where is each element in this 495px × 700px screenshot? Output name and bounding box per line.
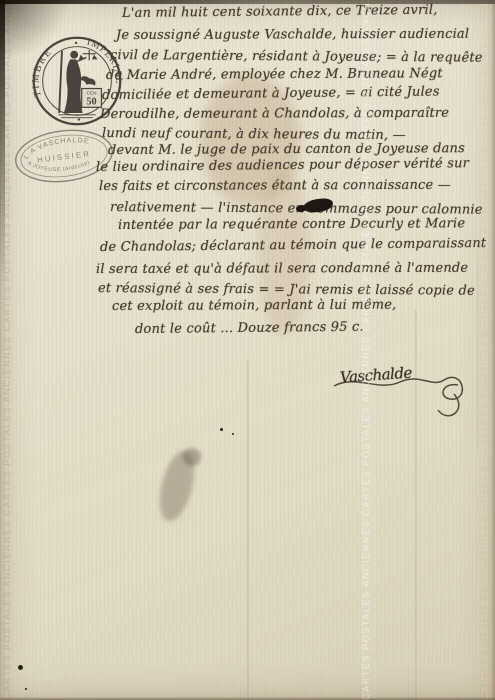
smudge-stain-head <box>183 448 201 466</box>
scan-corner-shadow <box>0 0 70 60</box>
manuscript-line: cet exploit au témoin, parlant à lui mêm… <box>112 298 397 314</box>
ink-speck <box>18 665 23 670</box>
manuscript-line: le lieu ordinaire des audiences pour dép… <box>96 156 469 175</box>
manuscript-line: Je soussigné Auguste Vaschalde, huissier… <box>116 27 469 43</box>
stamp-dot-bottom <box>78 118 80 120</box>
stamp-value-50: 50 <box>86 97 96 108</box>
manuscript-line: et réassigné à ses frais = = J'ai remis … <box>98 281 475 299</box>
manuscript-line: de Chandolas; déclarant au témoin que le… <box>100 236 486 255</box>
manuscript-line: les faits et circonstances étant à sa co… <box>99 178 451 194</box>
manuscript-line: intentée par la requérante contre Decurl… <box>118 216 465 233</box>
manuscript-line: dont le coût ... Douze francs 95 c. <box>135 320 364 337</box>
stamp-dot-top <box>75 42 77 44</box>
ink-speck <box>220 428 223 431</box>
signature-flourish <box>326 358 486 428</box>
ink-blot-small <box>296 205 306 212</box>
ink-speck <box>232 433 234 435</box>
manuscript-line: de Marie André, employée chez M. Bruneau… <box>106 66 443 83</box>
scan-edge-right <box>491 0 495 700</box>
watermark-text-center: CARTES POSTALES ANCIENNES CARTES POSTALE… <box>361 0 376 700</box>
fold-crease <box>246 360 249 700</box>
manuscript-line: domiciliée et demeurant à Joyeuse, = ai … <box>102 84 440 103</box>
manuscript-line: il sera taxé et qu'à défaut il sera cond… <box>96 261 468 277</box>
stamp-denomination: CEN 50 <box>82 89 102 108</box>
scan-edge-top <box>0 0 495 4</box>
manuscript-line: L'an mil huit cent soixante dix, ce Trei… <box>122 3 438 21</box>
scanned-document-page: TIMBRE IMPERIAL CEN 50 <box>0 0 495 700</box>
manuscript-line: Deroudilhe, demeurant à Chandolas, à com… <box>100 106 449 122</box>
manuscript-line: civil de Largentière, résidant à Joyeuse… <box>110 48 483 66</box>
stamp-cen-label: CEN <box>87 91 97 96</box>
ink-speck <box>25 688 27 690</box>
manuscript-line: devant M. le juge de paix du canton de J… <box>108 141 465 158</box>
